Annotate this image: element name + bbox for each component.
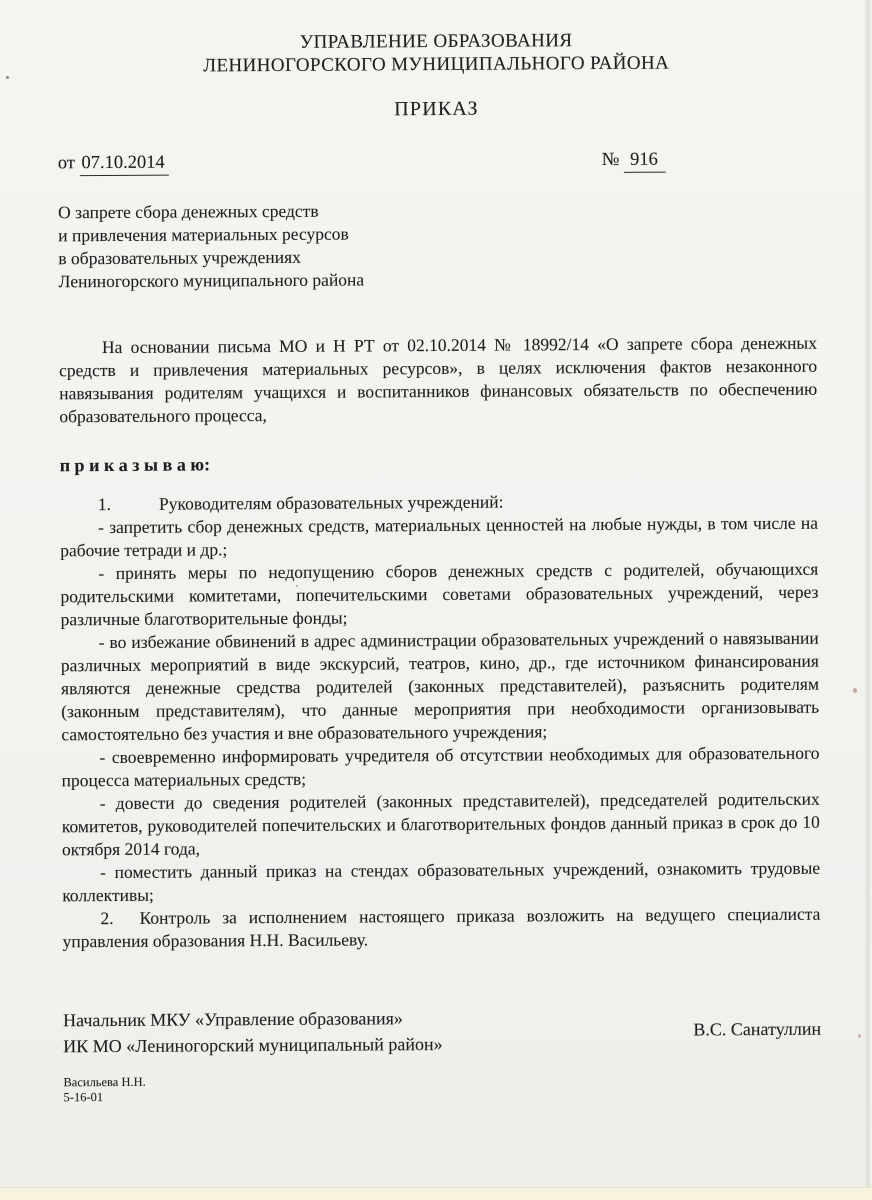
scan-speckle	[858, 1034, 861, 1038]
order-subject: О запрете сбора денежных средств и привл…	[58, 197, 817, 294]
signature-title-line1: Начальник МКУ «Управление образования»	[63, 1005, 443, 1033]
scan-paper-bottom-edge	[0, 1187, 872, 1200]
list-bullet: - во избежание обвинений в адрес админис…	[61, 627, 820, 747]
scan-speckle	[6, 76, 9, 79]
scan-speckle	[853, 688, 857, 693]
executor-phone: 5-16-01	[63, 1086, 821, 1106]
document-type-title: ПРИКАЗ	[57, 96, 815, 124]
list-item-2-number: 2.	[100, 908, 113, 928]
list-item-2-text: Контроль за исполнением настоящего прика…	[62, 904, 820, 952]
list-item-1-number: 1.	[98, 494, 111, 514]
list-bullet: - поместить данный приказ на стендах обр…	[62, 857, 820, 908]
order-date-value: 07.10.2014	[79, 153, 168, 177]
executor-note: Васильева Н.Н. 5-16-01	[63, 1071, 821, 1106]
order-date: от 07.10.2014	[58, 153, 169, 175]
signature-name: В.С. Санатуллин	[693, 1016, 821, 1043]
order-date-label: от	[58, 153, 75, 173]
document-content: УПРАВЛЕНИЕ ОБРАЗОВАНИЯ ЛЕНИНОГОРСКОГО МУ…	[57, 28, 822, 1106]
list-item-1-text: Руководителям образовательных учреждений…	[159, 492, 504, 514]
order-number-value: 916	[624, 150, 666, 173]
list-item-2: 2.Контроль за исполнением настоящего при…	[62, 903, 820, 954]
order-number: № 916	[602, 150, 666, 171]
list-bullet: - своевременно информировать учредителя …	[61, 742, 819, 793]
scan-speckle	[296, 585, 298, 587]
signature-title-line2: ИК МО «Лениногорский муниципальный район…	[63, 1031, 443, 1059]
list-bullet: - довести до сведения родителей (законны…	[62, 788, 820, 862]
list-bullet: - запретить сбор денежных средств, матер…	[60, 512, 818, 563]
list-bullet: - принять меры по недопущению сборов ден…	[60, 558, 818, 632]
signature-block: Начальник МКУ «Управление образования» И…	[63, 1003, 821, 1060]
order-meta-row: от 07.10.2014 № 916	[58, 149, 816, 175]
order-number-label: №	[602, 150, 620, 170]
order-items-list: 1.Руководителям образовательных учрежден…	[60, 489, 821, 954]
signature-title: Начальник МКУ «Управление образования» И…	[63, 1005, 443, 1059]
order-verb: п р и к а з ы в а ю:	[60, 451, 818, 477]
scanned-order-document: УПРАВЛЕНИЕ ОБРАЗОВАНИЯ ЛЕНИНОГОРСКОГО МУ…	[0, 0, 872, 1200]
preamble-paragraph: На основании письма МО и Н РТ от 02.10.2…	[59, 332, 818, 429]
order-subject-line: Лениногорского муниципального района	[58, 266, 816, 294]
organization-name: УПРАВЛЕНИЕ ОБРАЗОВАНИЯ ЛЕНИНОГОРСКОГО МУ…	[57, 28, 815, 79]
organization-name-line2: ЛЕНИНОГОРСКОГО МУНИЦИПАЛЬНОГО РАЙОНА	[57, 51, 815, 79]
scan-paper-right-edge	[864, 0, 872, 1200]
